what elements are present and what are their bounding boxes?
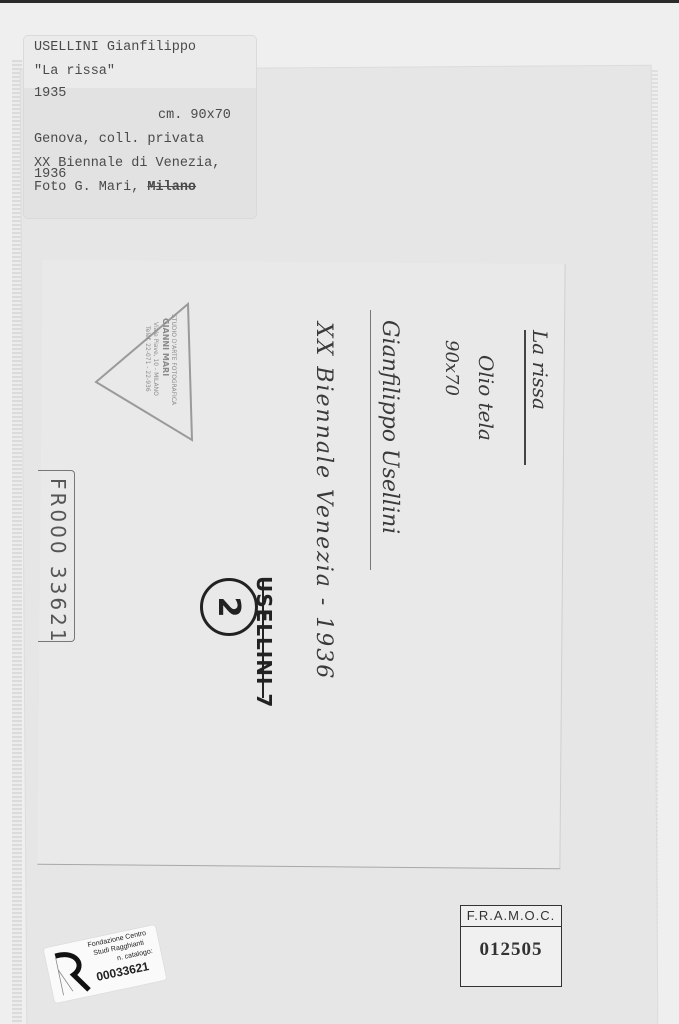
card-dimensions: cm. 90x70 — [158, 108, 231, 123]
handwritten-exhibition: XX Biennale Venezia - 1936 — [311, 322, 336, 680]
pencil-inventory-note: FR000 33621 — [46, 478, 70, 645]
handwriting-divider — [370, 310, 371, 570]
card-year: 1935 — [34, 86, 66, 101]
framoc-number: 012505 — [461, 939, 561, 961]
stamp-line2: GIANNI MARI — [161, 318, 170, 376]
handwritten-title: La rissa — [528, 330, 552, 410]
card-photo-credit-city: Milano — [147, 180, 196, 195]
scan-left-edge — [12, 60, 22, 1024]
framoc-stamp: F.R.A.M.O.C. 012505 — [460, 905, 562, 987]
card-title: "La rissa" — [34, 64, 115, 79]
studio-stamp-triangle: STUDIO D'ARTE FOTOGRAFICA GIANNI MARI Vi… — [92, 300, 202, 445]
sticker-catalog-number: 00033621 — [95, 959, 150, 984]
handwritten-medium: Olio tela — [474, 355, 498, 441]
stamp-line1: STUDIO D'ARTE FOTOGRAFICA — [170, 314, 177, 406]
scan-top-edge — [0, 0, 679, 3]
circled-number: 2 — [200, 578, 258, 636]
card-photo-credit: Foto G. Mari, Milano — [34, 180, 196, 195]
handwritten-artist: Gianfilippo Usellini — [377, 320, 402, 534]
stamp-line3: Viale Piave, 10 - MILANO — [152, 322, 159, 396]
card-artist: USELLINI Gianfilippo — [34, 40, 196, 55]
marker-artist-name: USELLINI 7 — [252, 576, 276, 708]
stamp-line4: Telef. 22-071 - 22-936 — [144, 325, 151, 392]
card-photo-credit-prefix: Foto G. Mari, — [34, 180, 147, 195]
card-location: Genova, coll. privata — [34, 132, 204, 147]
framoc-header: F.R.A.M.O.C. — [461, 906, 561, 927]
handwriting-underline — [524, 330, 526, 465]
handwritten-size: 90x70 — [441, 340, 462, 396]
typed-catalog-card: USELLINI Gianfilippo "La rissa" 1935 cm.… — [24, 36, 256, 218]
ragghianti-r-logo-icon — [50, 944, 93, 998]
